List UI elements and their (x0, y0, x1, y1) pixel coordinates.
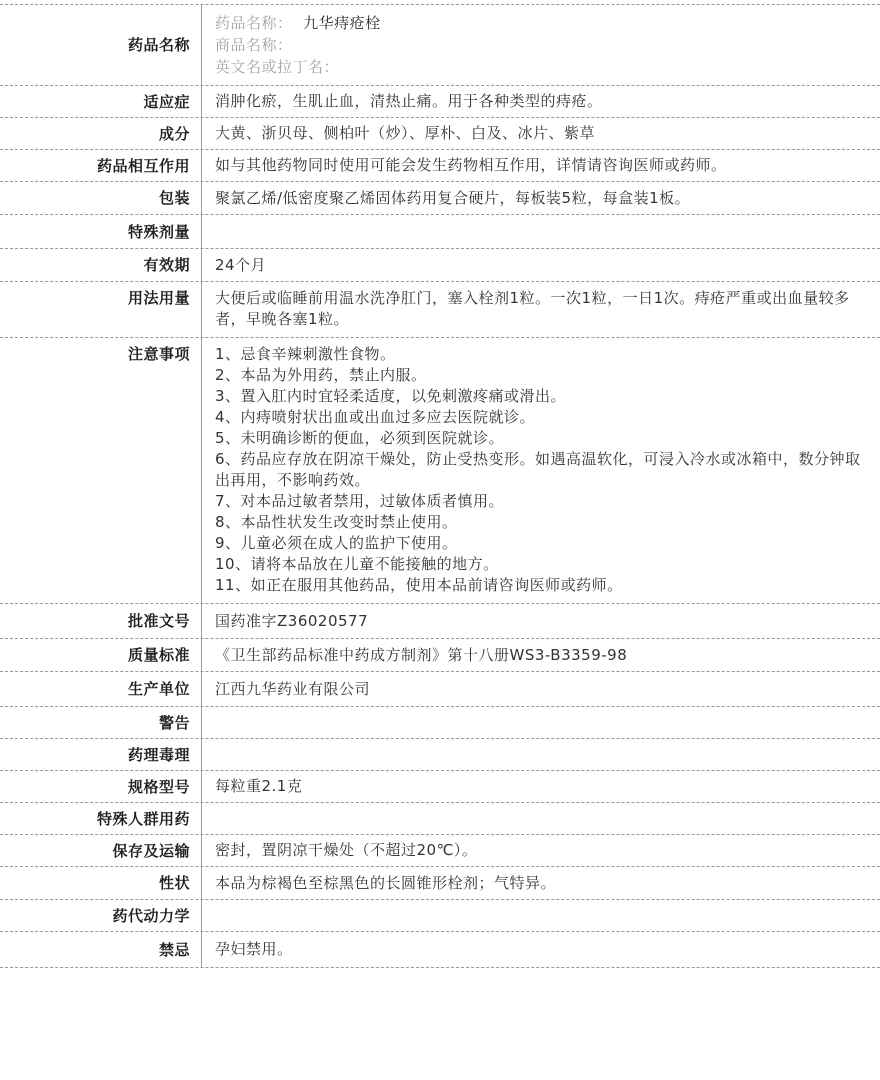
precaution-item: 6、药品应存放在阴凉干燥处，防止受热变形。如遇高温软化，可浸入冷水或冰箱中，数分… (215, 449, 862, 491)
table-row-drug-interactions: 药品相互作用如与其他药物同时使用可能会发生药物相互作用，详情请咨询医师或药师。 (0, 150, 880, 182)
row-content-description: 本品为棕褐色至棕黑色的长圆锥形栓剂；气特异。 (201, 867, 880, 899)
row-content-precautions: 1、忌食辛辣刺激性食物。2、本品为外用药，禁止内服。3、置入肛内时宜轻柔适度，以… (201, 338, 880, 603)
precaution-item: 2、本品为外用药，禁止内服。 (215, 365, 862, 386)
table-row-manufacturer: 生产单位江西九华药业有限公司 (0, 672, 880, 707)
table-row-storage-transport: 保存及运输密封，置阴凉干燥处（不超过20℃）。 (0, 835, 880, 867)
row-text: 江西九华药业有限公司 (215, 679, 862, 700)
row-content-pharmacokinetics (201, 900, 880, 931)
row-content-manufacturer: 江西九华药业有限公司 (201, 672, 880, 706)
row-content-packaging: 聚氯乙烯/低密度聚乙烯固体药用复合硬片，每板装5粒，每盒装1板。 (201, 182, 880, 214)
row-label-quality-standard: 质量标准 (0, 639, 201, 671)
row-text: 《卫生部药品标准中药成方制剂》第十八册WS3-B3359-98 (215, 645, 862, 666)
precaution-item: 8、本品性状发生改变时禁止使用。 (215, 512, 862, 533)
precaution-item: 4、内痔喷射状出血或出血过多应去医院就诊。 (215, 407, 862, 428)
row-text: 如与其他药物同时使用可能会发生药物相互作用，详情请咨询医师或药师。 (215, 155, 862, 176)
precaution-item: 9、儿童必须在成人的监护下使用。 (215, 533, 862, 554)
kv-value: 九华痔疮栓 (303, 14, 381, 32)
precaution-item: 7、对本品过敏者禁用，过敏体质者慎用。 (215, 491, 862, 512)
precaution-item: 1、忌食辛辣刺激性食物。 (215, 344, 862, 365)
table-row-ingredients: 成分大黄、浙贝母、侧柏叶（炒）、厚朴、白及、冰片、紫草 (0, 118, 880, 150)
table-row-specification: 规格型号每粒重2.1克 (0, 771, 880, 803)
row-label-drug-name: 药品名称 (0, 5, 201, 85)
row-content-dosage-usage: 大便后或临睡前用温水洗净肛门，塞入栓剂1粒。一次1粒，一日1次。痔疮严重或出血量… (201, 282, 880, 337)
row-content-warning (201, 707, 880, 738)
row-label-storage-transport: 保存及运输 (0, 835, 201, 866)
row-label-special-dosage: 特殊剂量 (0, 215, 201, 248)
row-content-special-dosage (201, 215, 880, 248)
table-row-warning: 警告 (0, 707, 880, 739)
kv-line: 药品名称： 九华痔疮栓 (215, 12, 862, 34)
row-text: 聚氯乙烯/低密度聚乙烯固体药用复合硬片，每板装5粒，每盒装1板。 (215, 188, 862, 209)
table-row-contraindications: 禁忌孕妇禁用。 (0, 932, 880, 968)
row-content-storage-transport: 密封，置阴凉干燥处（不超过20℃）。 (201, 835, 880, 866)
row-content-specification: 每粒重2.1克 (201, 771, 880, 802)
row-content-drug-interactions: 如与其他药物同时使用可能会发生药物相互作用，详情请咨询医师或药师。 (201, 150, 880, 181)
kv-line: 商品名称： (215, 34, 862, 56)
row-content-indications: 消肿化瘀，生肌止血，清热止痛。用于各种类型的痔疮。 (201, 86, 880, 117)
row-content-ingredients: 大黄、浙贝母、侧柏叶（炒）、厚朴、白及、冰片、紫草 (201, 118, 880, 149)
row-label-drug-interactions: 药品相互作用 (0, 150, 201, 181)
table-row-shelf-life: 有效期24个月 (0, 249, 880, 282)
row-text: 密封，置阴凉干燥处（不超过20℃）。 (215, 840, 862, 861)
table-row-special-populations: 特殊人群用药 (0, 803, 880, 835)
precaution-item: 3、置入肛内时宜轻柔适度，以免刺激疼痛或滑出。 (215, 386, 862, 407)
row-content-shelf-life: 24个月 (201, 249, 880, 281)
table-row-quality-standard: 质量标准《卫生部药品标准中药成方制剂》第十八册WS3-B3359-98 (0, 639, 880, 672)
row-label-approval-number: 批准文号 (0, 604, 201, 638)
row-content-approval-number: 国药准字Z36020577 (201, 604, 880, 638)
row-text: 本品为棕褐色至棕黑色的长圆锥形栓剂；气特异。 (215, 873, 862, 894)
row-label-precautions: 注意事项 (0, 338, 201, 603)
kv-key: 商品名称： (215, 36, 293, 54)
row-label-special-populations: 特殊人群用药 (0, 803, 201, 834)
table-row-approval-number: 批准文号国药准字Z36020577 (0, 604, 880, 639)
drug-info-table: 药品名称药品名称： 九华痔疮栓商品名称： 英文名或拉丁名： 适应症消肿化瘀，生肌… (0, 4, 880, 968)
kv-line: 英文名或拉丁名： (215, 56, 862, 78)
row-label-specification: 规格型号 (0, 771, 201, 802)
row-text: 孕妇禁用。 (215, 939, 862, 960)
row-label-packaging: 包装 (0, 182, 201, 214)
row-text: 大便后或临睡前用温水洗净肛门，塞入栓剂1粒。一次1粒，一日1次。痔疮严重或出血量… (215, 288, 862, 330)
row-text: 24个月 (215, 255, 862, 276)
precaution-item: 11、如正在服用其他药品，使用本品前请咨询医师或药师。 (215, 575, 862, 596)
row-label-indications: 适应症 (0, 86, 201, 117)
kv-key: 药品名称： (215, 14, 293, 32)
row-label-warning: 警告 (0, 707, 201, 738)
table-row-pharmacokinetics: 药代动力学 (0, 900, 880, 932)
table-row-packaging: 包装聚氯乙烯/低密度聚乙烯固体药用复合硬片，每板装5粒，每盒装1板。 (0, 182, 880, 215)
row-content-pharmacology-toxicology (201, 739, 880, 770)
row-text: 国药准字Z36020577 (215, 611, 862, 632)
table-row-pharmacology-toxicology: 药理毒理 (0, 739, 880, 771)
drug-info-page: 药品名称药品名称： 九华痔疮栓商品名称： 英文名或拉丁名： 适应症消肿化瘀，生肌… (0, 0, 880, 1080)
row-content-drug-name: 药品名称： 九华痔疮栓商品名称： 英文名或拉丁名： (201, 5, 880, 85)
table-row-precautions: 注意事项1、忌食辛辣刺激性食物。2、本品为外用药，禁止内服。3、置入肛内时宜轻柔… (0, 338, 880, 604)
table-row-description: 性状本品为棕褐色至棕黑色的长圆锥形栓剂；气特异。 (0, 867, 880, 900)
row-label-contraindications: 禁忌 (0, 932, 201, 967)
table-row-indications: 适应症消肿化瘀，生肌止血，清热止痛。用于各种类型的痔疮。 (0, 86, 880, 118)
row-text: 每粒重2.1克 (215, 776, 862, 797)
kv-key: 英文名或拉丁名： (215, 58, 339, 76)
row-label-pharmacology-toxicology: 药理毒理 (0, 739, 201, 770)
table-row-dosage-usage: 用法用量大便后或临睡前用温水洗净肛门，塞入栓剂1粒。一次1粒，一日1次。痔疮严重… (0, 282, 880, 338)
row-text: 消肿化瘀，生肌止血，清热止痛。用于各种类型的痔疮。 (215, 91, 862, 112)
row-content-contraindications: 孕妇禁用。 (201, 932, 880, 967)
table-row-drug-name: 药品名称药品名称： 九华痔疮栓商品名称： 英文名或拉丁名： (0, 5, 880, 86)
row-label-description: 性状 (0, 867, 201, 899)
row-label-pharmacokinetics: 药代动力学 (0, 900, 201, 931)
row-label-dosage-usage: 用法用量 (0, 282, 201, 337)
row-label-manufacturer: 生产单位 (0, 672, 201, 706)
row-content-special-populations (201, 803, 880, 834)
row-label-ingredients: 成分 (0, 118, 201, 149)
row-label-shelf-life: 有效期 (0, 249, 201, 281)
row-content-quality-standard: 《卫生部药品标准中药成方制剂》第十八册WS3-B3359-98 (201, 639, 880, 671)
precaution-item: 10、请将本品放在儿童不能接触的地方。 (215, 554, 862, 575)
precaution-item: 5、未明确诊断的便血，必须到医院就诊。 (215, 428, 862, 449)
table-row-special-dosage: 特殊剂量 (0, 215, 880, 249)
row-text: 大黄、浙贝母、侧柏叶（炒）、厚朴、白及、冰片、紫草 (215, 123, 862, 144)
